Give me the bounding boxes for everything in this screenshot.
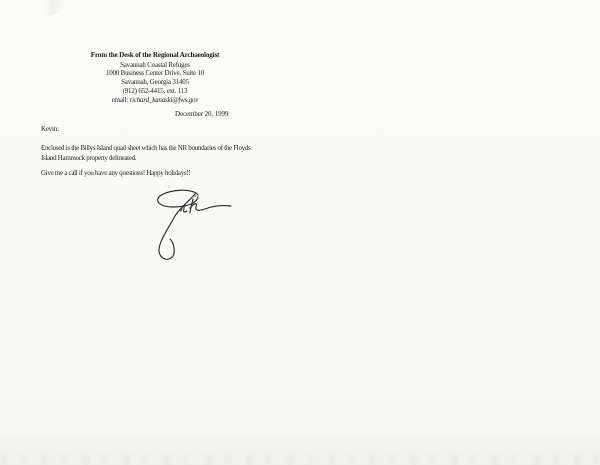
letterhead-email-line: email: richard_kanaski@fws.gov [40,96,270,105]
scanned-letter-page: From the Desk of the Regional Archaeolog… [0,0,600,465]
letterhead-title: From the Desk of the Regional Archaeolog… [40,51,270,60]
body-paragraph-2: Give me a call if you have any questions… [41,169,190,177]
scan-smudge-artifact [26,0,82,22]
letterhead-address-lines: Savannah Coastal Refuges1000 Business Ce… [40,61,270,96]
body-line: Enclosed is the Billys Island quad sheet… [41,144,250,154]
scan-edge-noise [0,455,600,465]
letterhead-line: (912) 652-4415, ext. 113 [40,87,270,96]
letterhead: From the Desk of the Regional Archaeolog… [40,51,270,104]
body-paragraph-1: Enclosed is the Billys Island quad sheet… [41,144,250,163]
signature-ink-icon [145,184,245,269]
salutation: Kevin: [41,125,59,133]
letterhead-line: 1000 Business Center Drive, Suite 10 [40,69,270,78]
body-line: Island Hammock property delineated. [41,154,250,164]
signature-rick [145,184,245,269]
letterhead-line: Savannah Coastal Refuges [40,61,270,70]
letterhead-line: Savannah, Georgia 31405 [40,78,270,87]
email-address: richard_kanaski@fws.gov [130,96,199,104]
email-label: email: [112,96,130,104]
date-line: December 20, 1999 [175,110,228,118]
